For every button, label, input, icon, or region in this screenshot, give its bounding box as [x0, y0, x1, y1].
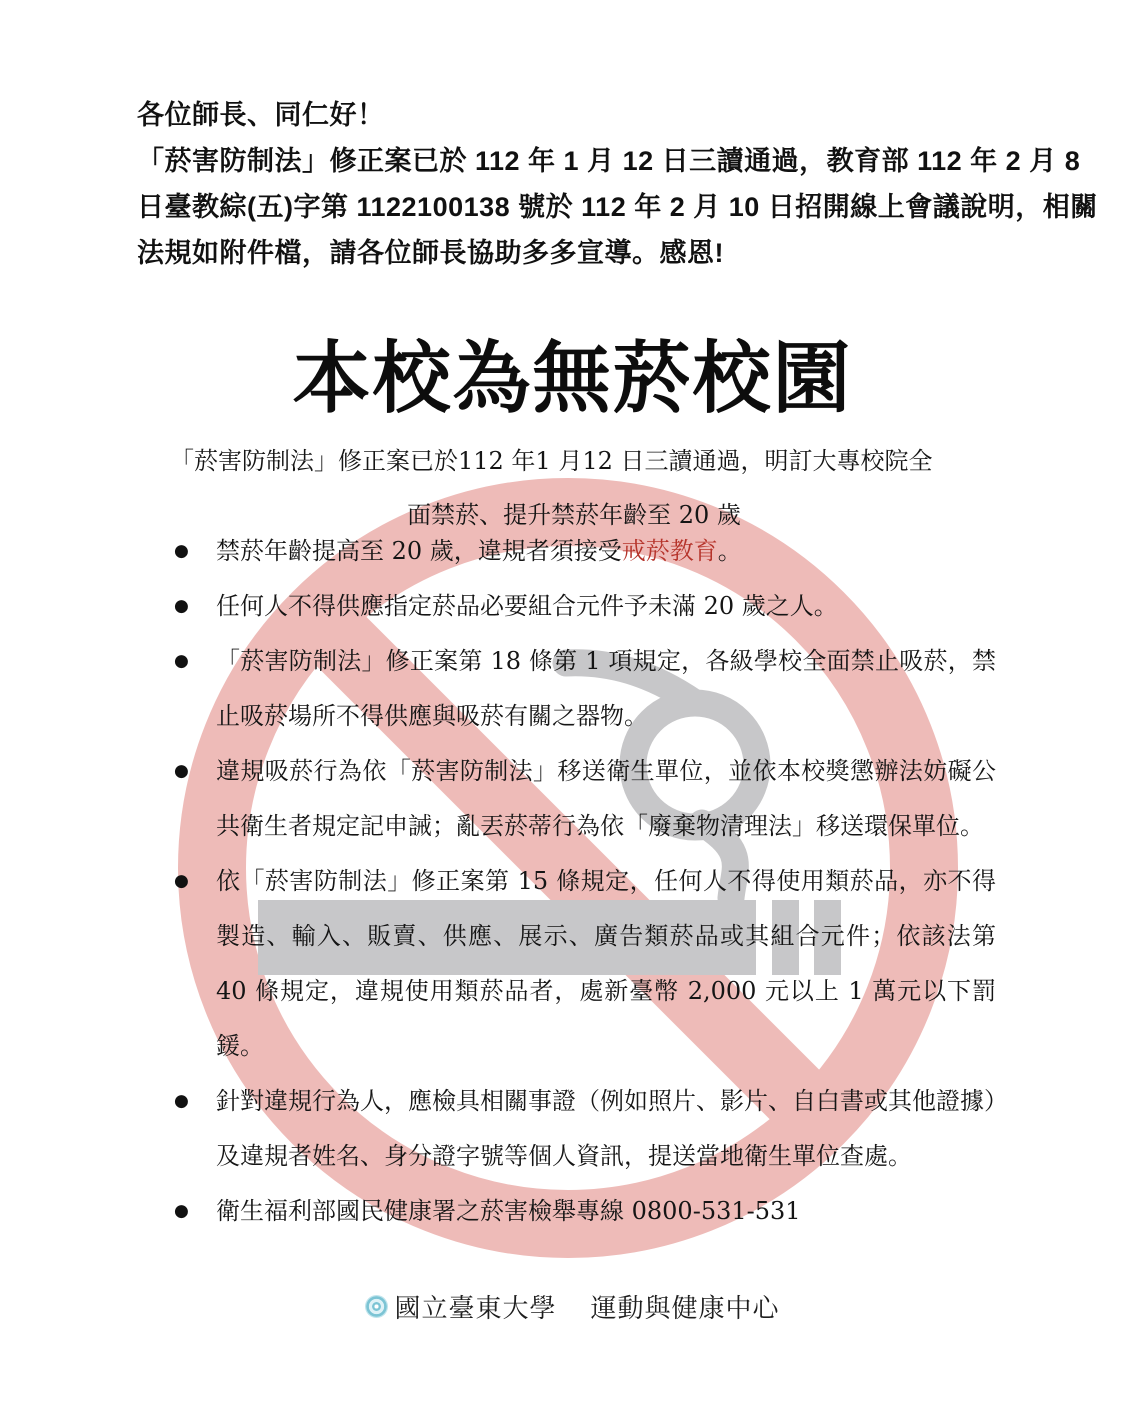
bullet-text: 違規吸菸行為依「菸害防制法」移送衛生單位，並依本校獎懲辦法妨礙公共衛生者規定記申…	[216, 757, 996, 840]
bullet-marker-icon: ●	[174, 579, 189, 634]
bullet-item: ●任何人不得供應指定菸品必要組合元件予未滿 20 歲之人。	[172, 579, 996, 634]
bullet-marker-icon: ●	[174, 524, 189, 579]
bullet-marker-icon: ●	[174, 1184, 189, 1239]
bullet-item: ●依「菸害防制法」修正案第 15 條規定，任何人不得使用類菸品，亦不得製造、輸入…	[172, 854, 996, 1074]
bullet-marker-icon: ●	[174, 1074, 189, 1129]
highlighted-text: 戒菸教育	[622, 537, 718, 565]
document-page: 各位師長、同仁好！ 「菸害防制法」修正案已於 112 年 1 月 12 日三讀通…	[0, 0, 1145, 1418]
bullet-item: ●針對違規行為人，應檢具相關事證（例如照片、影片、自白書或其他證據）及違規者姓名…	[172, 1074, 996, 1184]
poster-title: 本校為無菸校園	[0, 316, 1145, 428]
email-body-line: 日臺教綜(五)字第 1122100138 號於 112 年 2 月 10 日招開…	[137, 184, 1027, 230]
content-layer: 各位師長、同仁好！ 「菸害防制法」修正案已於 112 年 1 月 12 日三讀通…	[0, 0, 1145, 1418]
bullet-text: 針對違規行為人，應檢具相關事證（例如照片、影片、自白書或其他證據）及違規者姓名、…	[216, 1087, 996, 1170]
bullet-marker-icon: ●	[174, 854, 189, 909]
bullet-list: ●禁菸年齡提高至 20 歲，違規者須接受戒菸教育。●任何人不得供應指定菸品必要組…	[172, 524, 996, 1239]
email-greeting: 各位師長、同仁好！	[137, 92, 1027, 138]
bullet-item: ●禁菸年齡提高至 20 歲，違規者須接受戒菸教育。	[172, 524, 996, 579]
footer: 國立臺東大學 運動與健康中心	[0, 1288, 1145, 1325]
bullet-item: ●衛生福利部國民健康署之菸害檢舉專線 0800-531-531	[172, 1184, 996, 1239]
bullet-text: 「菸害防制法」修正案第 18 條第 1 項規定，各級學校全面禁止吸菸，禁止吸菸場…	[216, 647, 996, 730]
bullet-text: 任何人不得供應指定菸品必要組合元件予未滿 20 歲之人。	[216, 592, 838, 620]
email-body-line: 「菸害防制法」修正案已於 112 年 1 月 12 日三讀通過，教育部 112 …	[137, 138, 1027, 184]
bullet-marker-icon: ●	[174, 634, 189, 689]
bullet-text: 衛生福利部國民健康署之菸害檢舉專線 0800-531-531	[216, 1197, 801, 1225]
footer-university-name: 國立臺東大學	[394, 1288, 556, 1325]
university-seal-icon	[365, 1295, 388, 1318]
bullet-item: ●違規吸菸行為依「菸害防制法」移送衛生單位，並依本校獎懲辦法妨礙公共衛生者規定記…	[172, 744, 996, 854]
poster-subtitle-line1: 「菸害防制法」修正案已於112 年1 月12 日三讀通過，明訂大專校院全	[170, 434, 978, 488]
footer-department-name: 運動與健康中心	[591, 1288, 780, 1325]
email-header: 各位師長、同仁好！ 「菸害防制法」修正案已於 112 年 1 月 12 日三讀通…	[137, 92, 1027, 276]
bullet-item: ●「菸害防制法」修正案第 18 條第 1 項規定，各級學校全面禁止吸菸，禁止吸菸…	[172, 634, 996, 744]
bullet-text: 禁菸年齡提高至 20 歲，違規者須接受	[216, 537, 622, 565]
bullet-marker-icon: ●	[174, 744, 189, 799]
bullet-text: 。	[718, 537, 742, 565]
email-body-line: 法規如附件檔，請各位師長協助多多宣導。感恩!	[137, 230, 1027, 276]
bullet-text: 依「菸害防制法」修正案第 15 條規定，任何人不得使用類菸品，亦不得製造、輸入、…	[216, 867, 996, 1060]
